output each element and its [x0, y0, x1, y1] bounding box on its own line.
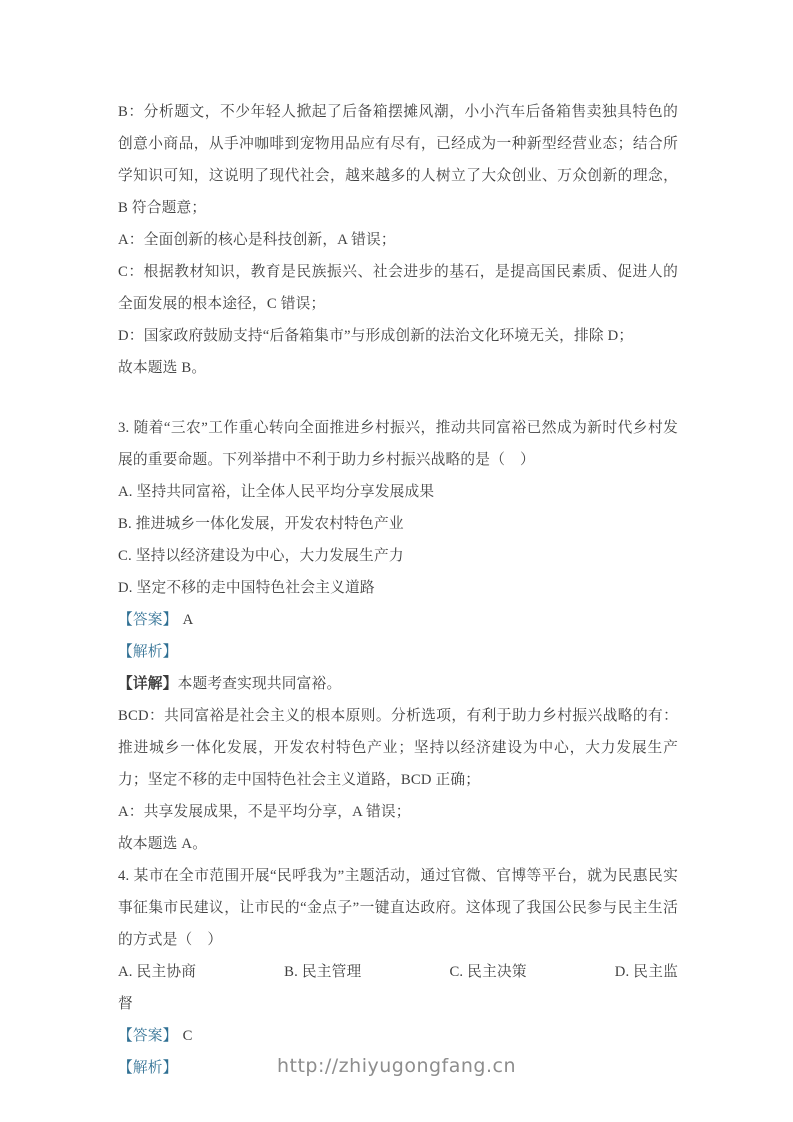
question-3-option-c: C. 坚持以经济建设为中心，大力发展生产力 — [118, 540, 678, 572]
question-4-option-d: D. 民主监 — [615, 956, 678, 988]
question-3-option-d: D. 坚定不移的走中国特色社会主义道路 — [118, 572, 678, 604]
question-3-detail-conclusion: 故本题选 A。 — [118, 828, 678, 860]
answer-value: A — [183, 612, 194, 628]
question-3-detail-paragraph-bcd: BCD：共同富裕是社会主义的根本原则。分析选项，有利于助力乡村振兴战略的有：推进… — [118, 700, 678, 796]
question-3-answer-line: 【答案】A — [118, 604, 678, 636]
question-3: 3. 随着“三农”工作重心转向全面推进乡村振兴，推动共同富裕已然成为新时代乡村发… — [118, 412, 678, 860]
document-content: B：分析题文，不少年轻人掀起了后备箱摆摊风潮，小小汽车后备箱售卖独具特色的创意小… — [118, 96, 678, 1084]
question-4-option-d-wrap: 督 — [118, 988, 678, 1020]
footer-url: http://zhiyugongfang.cn — [277, 1055, 516, 1077]
question-3-option-a: A. 坚持共同富裕，让全体人民平均分享发展成果 — [118, 476, 678, 508]
question-4-option-c: C. 民主决策 — [449, 956, 526, 988]
question-3-option-b: B. 推进城乡一体化发展，开发农村特色产业 — [118, 508, 678, 540]
question-4-stem: 4. 某市在全市范围开展“民呼我为”主题活动，通过官微、官博等平台，就为民惠民实… — [118, 860, 678, 956]
question-3-detail-paragraph-a: A：共享发展成果，不是平均分享，A 错误； — [118, 796, 678, 828]
answer-label: 【答案】 — [118, 1028, 178, 1044]
question-3-analysis-line: 【解析】 — [118, 636, 678, 668]
blank-line — [118, 384, 678, 412]
analysis-paragraph-a: A：全面创新的核心是科技创新，A 错误； — [118, 224, 678, 256]
question-4-answer-line: 【答案】C — [118, 1020, 678, 1052]
analysis-paragraph-c: C：根据教材知识，教育是民族振兴、社会进步的基石，是提高国民素质、促进人的全面发… — [118, 256, 678, 320]
question-3-stem: 3. 随着“三农”工作重心转向全面推进乡村振兴，推动共同富裕已然成为新时代乡村发… — [118, 412, 678, 476]
detail-label: 【详解】 — [118, 676, 178, 692]
analysis-paragraph-d: D：国家政府鼓励支持“后备箱集市”与形成创新的法治文化环境无关，排除 D； — [118, 320, 678, 352]
question-4-option-b: B. 民主管理 — [284, 956, 361, 988]
question-4: 4. 某市在全市范围开展“民呼我为”主题活动，通过官微、官博等平台，就为民惠民实… — [118, 860, 678, 1084]
analysis-paragraph-b: B：分析题文，不少年轻人掀起了后备箱摆摊风潮，小小汽车后备箱售卖独具特色的创意小… — [118, 96, 678, 224]
prev-question-analysis: B：分析题文，不少年轻人掀起了后备箱摆摊风潮，小小汽车后备箱售卖独具特色的创意小… — [118, 96, 678, 384]
question-4-options-row: A. 民主协商 B. 民主管理 C. 民主决策 D. 民主监 — [118, 956, 678, 988]
detail-intro: 本题考查实现共同富裕。 — [178, 676, 342, 692]
document-page: B：分析题文，不少年轻人掀起了后备箱摆摊风潮，小小汽车后备箱售卖独具特色的创意小… — [0, 0, 793, 1122]
analysis-label: 【解析】 — [118, 644, 178, 660]
footer-watermark: http://zhiyugongfang.cn — [0, 1055, 793, 1077]
question-4-option-a: A. 民主协商 — [118, 956, 196, 988]
answer-label: 【答案】 — [118, 612, 178, 628]
question-3-detail-line: 【详解】本题考查实现共同富裕。 — [118, 668, 678, 700]
analysis-conclusion: 故本题选 B。 — [118, 352, 678, 384]
answer-value: C — [183, 1028, 193, 1044]
